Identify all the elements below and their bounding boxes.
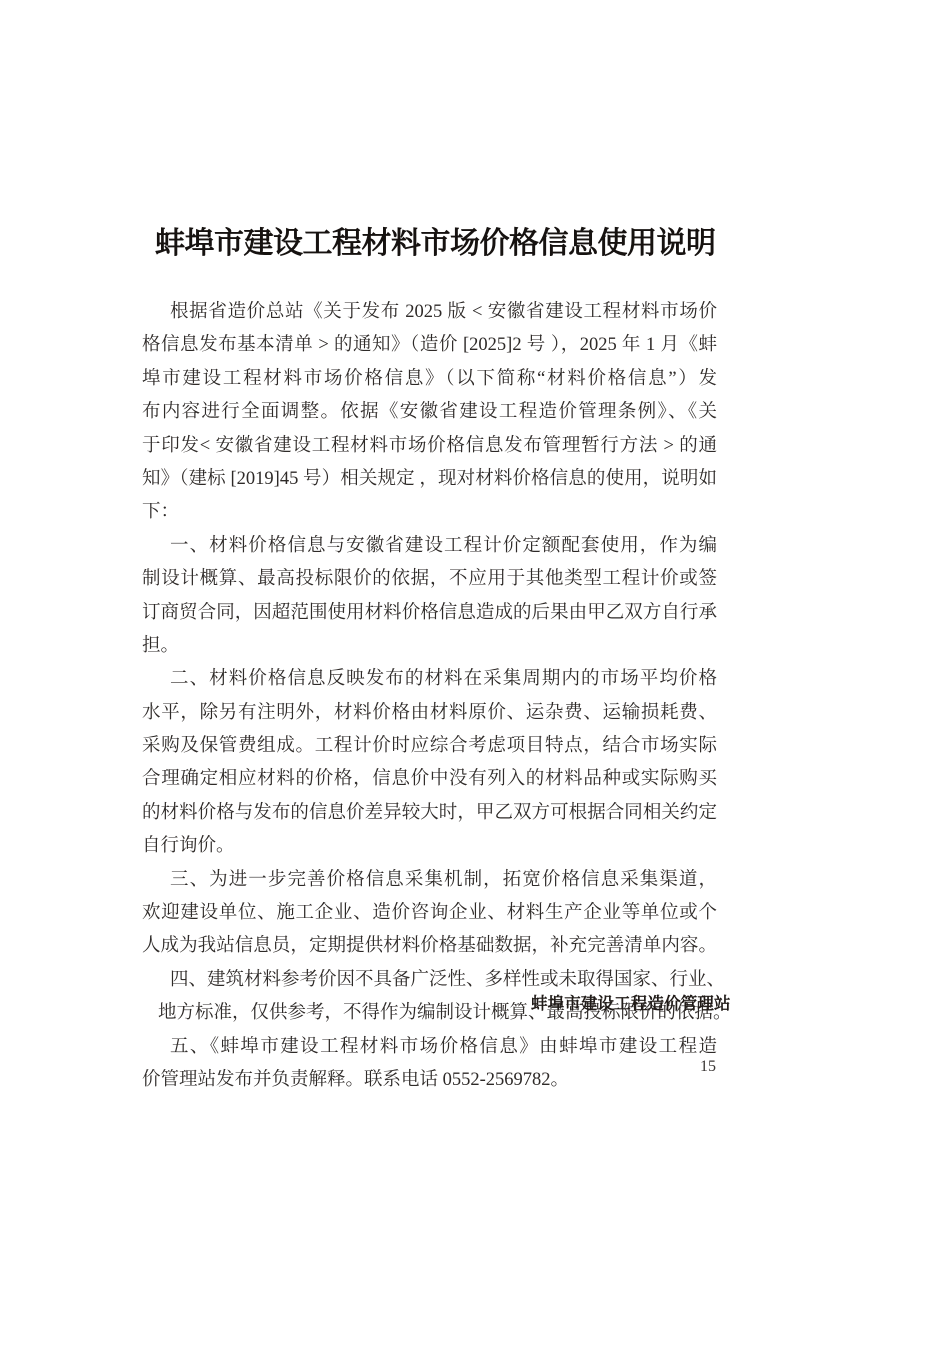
body-line: 四、建筑材料参考价因不具备广泛性、多样性或未取得国家、行业、 bbox=[142, 964, 717, 997]
document-page: 蚌埠市建设工程材料市场价格信息使用说明 根据省造价总站《关于发布 2025 版 … bbox=[0, 0, 950, 1345]
body-line: 二、材料价格信息反映发布的材料在采集周期内的市场平均价格 bbox=[142, 663, 717, 696]
page-title: 蚌埠市建设工程材料市场价格信息使用说明 bbox=[155, 226, 715, 262]
body-line: 订商贸合同，因超范围使用材料价格信息造成的后果由甲乙双方自行承 bbox=[142, 597, 717, 630]
body-line: 的材料价格与发布的信息价差异较大时，甲乙双方可根据合同相关约定 bbox=[142, 797, 717, 830]
body-line: 一、材料价格信息与安徽省建设工程计价定额配套使用，作为编 bbox=[142, 530, 717, 563]
body-line: 自行询价。 bbox=[142, 830, 717, 863]
page-number: 15 bbox=[700, 1058, 716, 1076]
body-line: 下： bbox=[142, 496, 717, 529]
body-line: 制设计概算、最高投标限价的依据，不应用于其他类型工程计价或签 bbox=[142, 563, 717, 596]
document-body: 根据省造价总站《关于发布 2025 版 < 安徽省建设工程材料市场价 格信息发布… bbox=[142, 296, 717, 1097]
body-line: 人成为我站信息员，定期提供材料价格基础数据，补充完善清单内容。 bbox=[142, 930, 717, 963]
body-line: 价管理站发布并负责解释。联系电话 0552-2569782。 bbox=[142, 1064, 717, 1097]
body-line: 于印发< 安徽省建设工程材料市场价格信息发布管理暂行方法 > 的通 bbox=[142, 430, 717, 463]
body-line: 采购及保管费组成。工程计价时应综合考虑项目特点，结合市场实际 bbox=[142, 730, 717, 763]
body-line: 欢迎建设单位、施工企业、造价咨询企业、材料生产企业等单位或个 bbox=[142, 897, 717, 930]
body-line: 合理确定相应材料的价格，信息价中没有列入的材料品种或实际购买 bbox=[142, 763, 717, 796]
issuing-authority-stamp-text: 蚌埠市建设工程造价管理站 bbox=[531, 995, 730, 1013]
body-line: 根据省造价总站《关于发布 2025 版 < 安徽省建设工程材料市场价 bbox=[142, 296, 717, 329]
body-line: 布内容进行全面调整。依据《安徽省建设工程造价管理条例》、《关 bbox=[142, 396, 717, 429]
body-line: 五、《蚌埠市建设工程材料市场价格信息》由蚌埠市建设工程造 bbox=[142, 1031, 717, 1064]
body-line: 知》（建标 [2019]45 号）相关规定 ，现对材料价格信息的使用，说明如 bbox=[142, 463, 717, 496]
body-line: 埠市建设工程材料市场价格信息》（以下简称“材料价格信息”）发 bbox=[142, 363, 717, 396]
body-line: 担。 bbox=[142, 630, 717, 663]
body-line: 三、为进一步完善价格信息采集机制，拓宽价格信息采集渠道， bbox=[142, 864, 717, 897]
body-line: 格信息发布基本清单 > 的通知》（造价 [2025]2 号 ），2025 年 1… bbox=[142, 329, 717, 362]
body-line: 水平，除另有注明外，材料价格由材料原价、运杂费、运输损耗费、 bbox=[142, 697, 717, 730]
